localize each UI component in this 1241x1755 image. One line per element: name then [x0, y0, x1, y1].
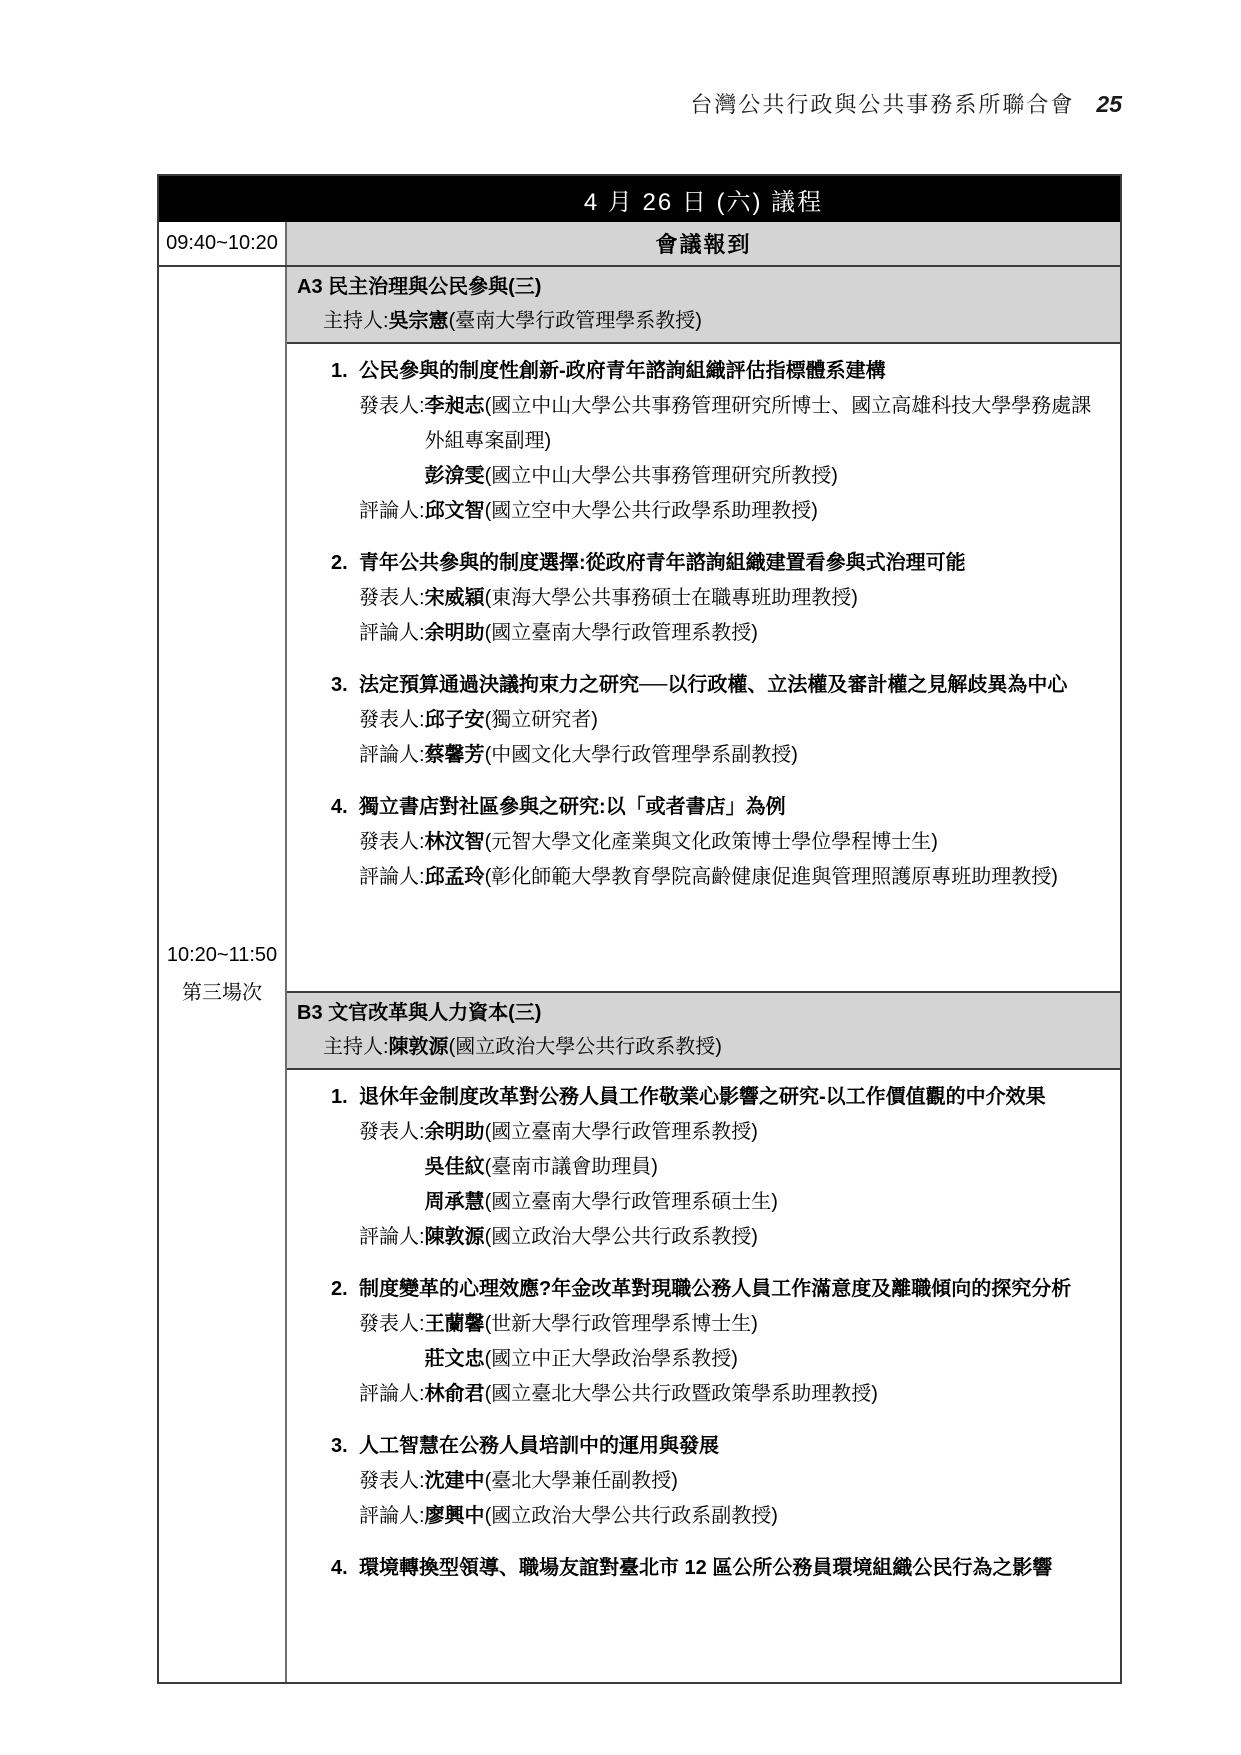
paper-item: 3. 人工智慧在公務人員培訓中的運用與發展 發表人: 沈建中(臺北大學兼任副教授… [287, 1429, 1106, 1534]
discussant-entry: 邱孟玲(彰化師範大學教育學院高齡健康促進與管理照護原專班助理教授) [425, 860, 1106, 895]
person-name: 廖興中 [425, 1505, 485, 1527]
paper-title: 人工智慧在公務人員培訓中的運用與發展 [359, 1429, 1106, 1464]
person-affiliation: (中國文化大學行政管理學系副教授) [485, 744, 798, 766]
agenda-table: 4 月 26 日 (六) 議程 09:40~10:20 會議報到 10:20~1… [157, 174, 1122, 1684]
session-a3-header: A3 民主治理與公民參與(三) 主持人:吳宗憲(臺南大學行政管理學系教授) [287, 267, 1120, 344]
paper-title: 制度變革的心理效應?年金改革對現職公務人員工作滿意度及離職傾向的探究分析 [359, 1272, 1106, 1307]
presenter-entry: 李昶志(國立中山大學公共事務管理研究所博士、國立高雄科技大學學務處課外組專案副理… [425, 389, 1106, 459]
discussant-entry: 林俞君(國立臺北大學公共行政暨政策學系助理教授) [425, 1377, 1106, 1412]
paper-title: 獨立書店對社區參與之研究:以「或者書店」為例 [359, 790, 1106, 825]
person-affiliation: (國立臺南大學行政管理系教授) [485, 1121, 758, 1143]
person-name: 邱子安 [425, 709, 485, 731]
date-header-row: 4 月 26 日 (六) 議程 [159, 176, 1120, 222]
paper-title: 法定預算通過決議拘束力之研究──以行政權、立法權及審計權之見解歧異為中心 [359, 668, 1106, 703]
person-affiliation: (獨立研究者) [485, 709, 598, 731]
session-b3-chair: 主持人:陳敦源(國立政治大學公共行政系教授) [297, 1030, 1110, 1064]
presenter-entry: 林汶智(元智大學文化產業與文化政策博士學位學程博士生) [425, 825, 1106, 860]
discussant-entry: 余明助(國立臺南大學行政管理系教授) [425, 616, 1106, 651]
discussant-row: 評論人: 邱孟玲(彰化師範大學教育學院高齡健康促進與管理照護原專班助理教授) [331, 860, 1106, 895]
running-header: 台灣公共行政與公共事務系所聯合會 25 [690, 88, 1122, 119]
person-name: 邱孟玲 [425, 866, 485, 888]
session-time: 10:20~11:50 [167, 938, 277, 973]
person-name: 王蘭馨 [425, 1313, 485, 1335]
presenter-label: 發表人: [359, 825, 425, 860]
paper-number: 4. [331, 790, 359, 825]
presenter-entry: 宋威穎(東海大學公共事務碩士在職專班助理教授) [425, 581, 1106, 616]
paper-title: 退休年金制度改革對公務人員工作敬業心影響之研究-以工作價值觀的中介效果 [359, 1080, 1106, 1115]
chair-affiliation: (國立政治大學公共行政系教授) [449, 1036, 722, 1058]
person-name: 林汶智 [425, 831, 485, 853]
presenter-entry: 彭渰雯(國立中山大學公共事務管理研究所教授) [425, 459, 1106, 494]
discussant-label: 評論人: [359, 1499, 425, 1534]
presenter-entry: 周承慧(國立臺南大學行政管理系碩士生) [425, 1185, 1106, 1220]
chair-label: 主持人: [323, 1036, 389, 1058]
discussant-label: 評論人: [359, 738, 425, 773]
person-name: 余明助 [425, 1121, 485, 1143]
header-org-title: 台灣公共行政與公共事務系所聯合會 [690, 88, 1074, 119]
person-name: 邱文智 [425, 500, 485, 522]
document-page: 台灣公共行政與公共事務系所聯合會 25 4 月 26 日 (六) 議程 09:4… [0, 0, 1241, 1755]
paper-number: 2. [331, 546, 359, 581]
discussant-label: 評論人: [359, 494, 425, 529]
person-affiliation: (彰化師範大學教育學院高齡健康促進與管理照護原專班助理教授) [485, 866, 1058, 888]
discussant-row: 評論人: 陳敦源(國立政治大學公共行政系教授) [331, 1220, 1106, 1255]
registration-label: 會議報到 [287, 222, 1120, 265]
registration-row: 09:40~10:20 會議報到 [159, 222, 1120, 267]
session-b3-header: B3 文官改革與人力資本(三) 主持人:陳敦源(國立政治大學公共行政系教授) [287, 991, 1120, 1070]
discussant-row: 評論人: 林俞君(國立臺北大學公共行政暨政策學系助理教授) [331, 1377, 1106, 1412]
session-b3-title: B3 文官改革與人力資本(三) [297, 996, 1110, 1030]
paper-number: 4. [331, 1551, 359, 1586]
chair-affiliation: (臺南大學行政管理學系教授) [449, 310, 702, 332]
chair-name: 吳宗憲 [389, 310, 449, 332]
session-round: 第三場次 [182, 976, 262, 1011]
person-affiliation: (國立中山大學公共事務管理研究所博士、國立高雄科技大學學務處課外組專案副理) [425, 395, 1092, 452]
person-name: 林俞君 [425, 1383, 485, 1405]
presenter-label: 發表人: [359, 703, 425, 738]
presenter-entry: 吳佳紋(臺南市議會助理員) [425, 1150, 1106, 1185]
session-row: 10:20~11:50 第三場次 A3 民主治理與公民參與(三) 主持人:吳宗憲… [159, 267, 1120, 1682]
person-affiliation: (東海大學公共事務碩士在職專班助理教授) [485, 587, 858, 609]
session-b3-papers: 1. 退休年金制度改革對公務人員工作敬業心影響之研究-以工作價值觀的中介效果 發… [287, 1070, 1120, 1682]
paper-item: 1. 退休年金制度改革對公務人員工作敬業心影響之研究-以工作價值觀的中介效果 發… [287, 1080, 1106, 1255]
person-affiliation: (國立中正大學政治學系教授) [485, 1348, 738, 1370]
presenter-row: 發表人: 余明助(國立臺南大學行政管理系教授) 吳佳紋(臺南市議會助理員) 周承… [331, 1115, 1106, 1220]
person-affiliation: (國立政治大學公共行政系副教授) [485, 1505, 778, 1527]
presenter-label: 發表人: [359, 389, 425, 494]
person-name: 蔡馨芳 [425, 744, 485, 766]
person-name: 沈建中 [425, 1470, 485, 1492]
paper-title: 青年公共參與的制度選擇:從政府青年諮詢組織建置看參與式治理可能 [359, 546, 1106, 581]
paper-item: 4. 獨立書店對社區參與之研究:以「或者書店」為例 發表人: 林汶智(元智大學文… [287, 790, 1106, 895]
date-header-title: 4 月 26 日 (六) 議程 [287, 182, 1120, 217]
discussant-label: 評論人: [359, 860, 425, 895]
person-affiliation: (元智大學文化產業與文化政策博士學位學程博士生) [485, 831, 938, 853]
session-a3-chair: 主持人:吳宗憲(臺南大學行政管理學系教授) [297, 304, 1110, 338]
paper-number: 3. [331, 1429, 359, 1464]
paper-item: 4. 環境轉換型領導、職場友誼對臺北市 12 區公所公務員環境組織公民行為之影響 [287, 1551, 1106, 1586]
paper-item: 1. 公民參與的制度性創新-政府青年諮詢組織評估指標體系建構 發表人: 李昶志(… [287, 354, 1106, 529]
presenter-row: 發表人: 李昶志(國立中山大學公共事務管理研究所博士、國立高雄科技大學學務處課外… [331, 389, 1106, 494]
presenter-row: 發表人: 林汶智(元智大學文化產業與文化政策博士學位學程博士生) [331, 825, 1106, 860]
discussant-row: 評論人: 邱文智(國立空中大學公共行政學系助理教授) [331, 494, 1106, 529]
presenter-entry: 王蘭馨(世新大學行政管理學系博士生) [425, 1307, 1106, 1342]
page-number: 25 [1096, 91, 1122, 118]
paper-number: 2. [331, 1272, 359, 1307]
presenter-entry: 余明助(國立臺南大學行政管理系教授) [425, 1115, 1106, 1150]
person-affiliation: (國立空中大學公共行政學系助理教授) [485, 500, 818, 522]
presenter-label: 發表人: [359, 1115, 425, 1220]
registration-time: 09:40~10:20 [159, 222, 287, 265]
person-name: 彭渰雯 [425, 465, 485, 487]
discussant-label: 評論人: [359, 1377, 425, 1412]
presenter-label: 發表人: [359, 1307, 425, 1377]
paper-number: 3. [331, 668, 359, 703]
presenter-row: 發表人: 王蘭馨(世新大學行政管理學系博士生) 莊文忠(國立中正大學政治學系教授… [331, 1307, 1106, 1377]
discussant-entry: 廖興中(國立政治大學公共行政系副教授) [425, 1499, 1106, 1534]
person-affiliation: (國立中山大學公共事務管理研究所教授) [485, 465, 838, 487]
person-affiliation: (國立政治大學公共行政系教授) [485, 1226, 758, 1248]
paper-item: 3. 法定預算通過決議拘束力之研究──以行政權、立法權及審計權之見解歧異為中心 … [287, 668, 1106, 773]
person-name: 吳佳紋 [425, 1156, 485, 1178]
paper-number: 1. [331, 1080, 359, 1115]
person-affiliation: (國立臺南大學行政管理系教授) [485, 622, 758, 644]
presenter-entry: 邱子安(獨立研究者) [425, 703, 1106, 738]
paper-title: 環境轉換型領導、職場友誼對臺北市 12 區公所公務員環境組織公民行為之影響 [359, 1551, 1106, 1586]
paper-item: 2. 青年公共參與的制度選擇:從政府青年諮詢組織建置看參與式治理可能 發表人: … [287, 546, 1106, 651]
presenter-label: 發表人: [359, 581, 425, 616]
chair-name: 陳敦源 [389, 1036, 449, 1058]
session-time-cell: 10:20~11:50 第三場次 [159, 267, 287, 1682]
paper-item: 2. 制度變革的心理效應?年金改革對現職公務人員工作滿意度及離職傾向的探究分析 … [287, 1272, 1106, 1412]
person-affiliation: (世新大學行政管理學系博士生) [485, 1313, 758, 1335]
person-affiliation: (臺北大學兼任副教授) [485, 1470, 678, 1492]
person-name: 余明助 [425, 622, 485, 644]
presenter-row: 發表人: 宋威穎(東海大學公共事務碩士在職專班助理教授) [331, 581, 1106, 616]
presenter-entry: 沈建中(臺北大學兼任副教授) [425, 1464, 1106, 1499]
presenter-row: 發表人: 沈建中(臺北大學兼任副教授) [331, 1464, 1106, 1499]
discussant-row: 評論人: 余明助(國立臺南大學行政管理系教授) [331, 616, 1106, 651]
person-affiliation: (臺南市議會助理員) [485, 1156, 658, 1178]
sessions-cell: A3 民主治理與公民參與(三) 主持人:吳宗憲(臺南大學行政管理學系教授) 1.… [287, 267, 1120, 1682]
presenter-entry: 莊文忠(國立中正大學政治學系教授) [425, 1342, 1106, 1377]
discussant-row: 評論人: 蔡馨芳(中國文化大學行政管理學系副教授) [331, 738, 1106, 773]
person-name: 宋威穎 [425, 587, 485, 609]
discussant-entry: 蔡馨芳(中國文化大學行政管理學系副教授) [425, 738, 1106, 773]
discussant-row: 評論人: 廖興中(國立政治大學公共行政系副教授) [331, 1499, 1106, 1534]
discussant-entry: 邱文智(國立空中大學公共行政學系助理教授) [425, 494, 1106, 529]
session-a3-papers: 1. 公民參與的制度性創新-政府青年諮詢組織評估指標體系建構 發表人: 李昶志(… [287, 344, 1120, 991]
person-name: 陳敦源 [425, 1226, 485, 1248]
session-a3-title: A3 民主治理與公民參與(三) [297, 270, 1110, 304]
presenter-label: 發表人: [359, 1464, 425, 1499]
person-affiliation: (國立臺南大學行政管理系碩士生) [485, 1191, 778, 1213]
paper-number: 1. [331, 354, 359, 389]
person-name: 莊文忠 [425, 1348, 485, 1370]
discussant-label: 評論人: [359, 1220, 425, 1255]
person-name: 李昶志 [425, 395, 485, 417]
chair-label: 主持人: [323, 310, 389, 332]
person-affiliation: (國立臺北大學公共行政暨政策學系助理教授) [485, 1383, 878, 1405]
discussant-label: 評論人: [359, 616, 425, 651]
discussant-entry: 陳敦源(國立政治大學公共行政系教授) [425, 1220, 1106, 1255]
paper-title: 公民參與的制度性創新-政府青年諮詢組織評估指標體系建構 [359, 354, 1106, 389]
presenter-row: 發表人: 邱子安(獨立研究者) [331, 703, 1106, 738]
person-name: 周承慧 [425, 1191, 485, 1213]
